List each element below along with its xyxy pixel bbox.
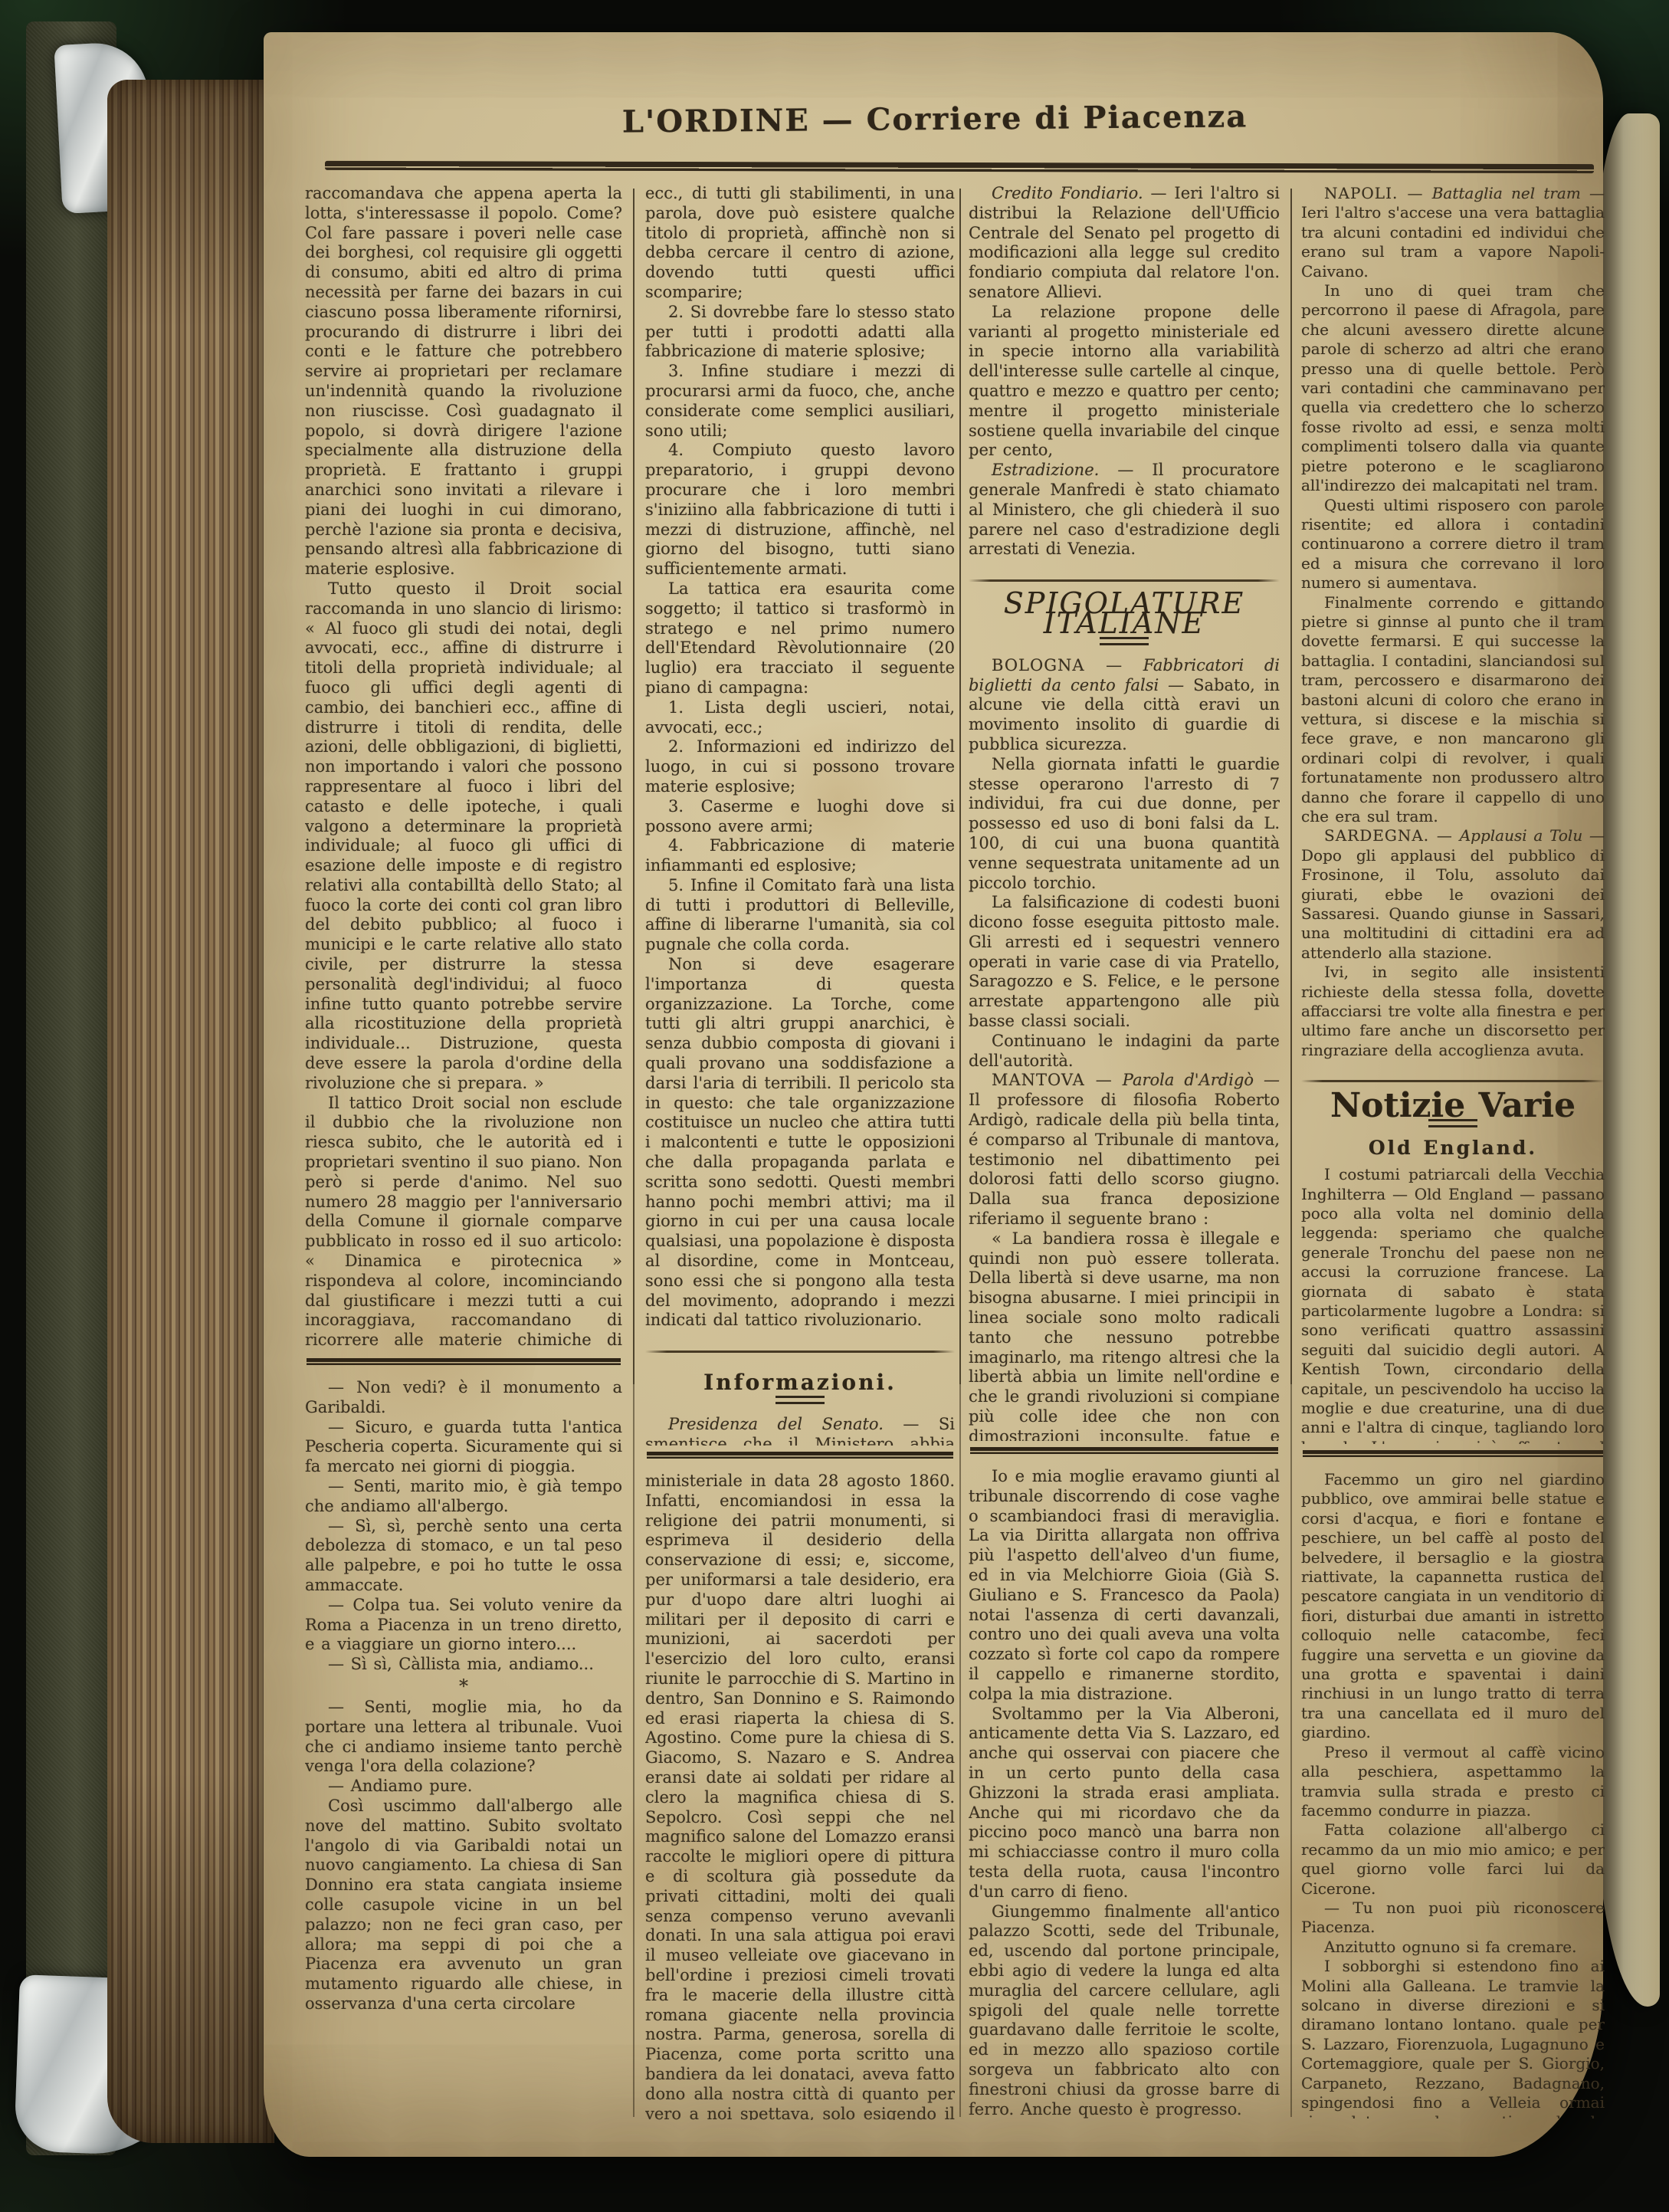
feuilleton-paragraph: — Andiamo pure. <box>305 1777 622 1797</box>
article-paragraph: Tutto questo il Droit social raccomanda … <box>305 579 622 1094</box>
column-separator <box>633 189 634 2117</box>
article-paragraph: La tattica era esaurita come soggetto; i… <box>645 579 955 698</box>
heading-dash-ornament <box>775 1396 825 1404</box>
article-paragraph: raccomandava che appena aperta la lotta,… <box>305 184 622 579</box>
article-paragraph: NAPOLI. — Battaglia nel tram — Ieri l'al… <box>1301 184 1605 281</box>
article-paragraph: Ivi, in segito alle insistenti richieste… <box>1301 963 1605 1060</box>
feuilleton-paragraph: — Senti, marito mio, è già tempo che and… <box>305 1477 622 1517</box>
column-separator <box>1290 189 1292 2117</box>
section-rule <box>969 579 1280 582</box>
feuilleton-paragraph: I sobborghi si estendono fino ai Molini … <box>1301 1957 1605 2118</box>
feuilleton-paragraph: Svoltammo per la Via Alberoni, anticamen… <box>969 1705 1280 1902</box>
section-heading-notizie-varie: Notizie Varie <box>1301 1096 1605 1115</box>
section-rule <box>645 1351 955 1353</box>
feuilleton-paragraph: — Tu non puoi più riconoscere Piacenza. <box>1301 1899 1605 1938</box>
article-paragraph: Estradizione. — Il procuratore generale … <box>969 461 1280 560</box>
article-paragraph: Finalmente correndo e gittando pietre si… <box>1301 593 1605 827</box>
feuilleton-paragraph: Giungemmo finalmente all'antico palazzo … <box>969 1902 1280 2118</box>
article-paragraph: Credito Fondiario. — Ieri l'altro si dis… <box>969 184 1280 303</box>
article-paragraph: 2. Si dovrebbe fare lo stesso stato per … <box>645 303 955 362</box>
feuilleton-paragraph: Io e mia moglie eravamo giunti al tribun… <box>969 1467 1280 1705</box>
subsection-heading-old-england: Old England. <box>1301 1138 1605 1157</box>
feuilleton-paragraph: Fatta colazione all'albergo ci recammo d… <box>1301 1820 1605 1899</box>
article-paragraph: I costumi patriarcali della Vecchia Ingh… <box>1301 1165 1605 1444</box>
feuilleton-paragraph: — Colpa tua. Sei voluto venire da Roma a… <box>305 1596 622 1655</box>
feuilleton-paragraph: Anzitutto ognuno si fa cremare. <box>1301 1938 1605 1957</box>
column-separator <box>959 189 961 2117</box>
article-paragraph: Questi ultimi risposero con parole risen… <box>1301 496 1605 593</box>
feuilleton-paragraph: — Non vedi? è il monumento a Garibaldi. <box>305 1378 622 1418</box>
article-paragraph: 1. Lista degli uscieri, notai, avvocati,… <box>645 698 955 738</box>
article-paragraph: BOLOGNA — Fabbricatori di biglietti da c… <box>969 656 1280 755</box>
column-3: Credito Fondiario. — Ieri l'altro si dis… <box>969 184 1280 2118</box>
article-paragraph: ecc., di tutti gli stabilimenti, in una … <box>645 184 955 303</box>
article-paragraph: 3. Infine studiare i mezzi di procurarsi… <box>645 362 955 441</box>
column-3-main: Credito Fondiario. — Ieri l'altro si dis… <box>969 184 1280 1441</box>
article-paragraph: Non si deve esagerare l'importanza di qu… <box>645 955 955 1331</box>
article-paragraph: 4. Compiuto questo lavoro preparatorio, … <box>645 441 955 579</box>
feuilleton-divider-rule <box>647 1452 953 1459</box>
feuilleton-paragraph: — Sì, sì, perchè sento una certa debolez… <box>305 1517 622 1596</box>
article-paragraph: 5. Infine il Comitato farà una lista di … <box>645 876 955 955</box>
feuilleton-paragraph: ministeriale in data 28 agosto 1860. Inf… <box>645 1472 955 2120</box>
section-heading-spigolature: SPIGOLATURE ITALIANE <box>969 594 1280 634</box>
article-paragraph: SARDEGNA. — Applausi a Tolu — Dopo gli a… <box>1301 826 1605 963</box>
feuilleton-divider-rule <box>970 1447 1278 1455</box>
article-paragraph: Nella giornata infatti le guardie stesse… <box>969 755 1280 894</box>
article-paragraph: Il tattico Droit social non esclude il d… <box>305 1094 622 1352</box>
article-paragraph: Continuano le indagini da parte dell'aut… <box>969 1032 1280 1072</box>
article-paragraph: 4. Fabbricazione di materie infiammanti … <box>645 836 955 876</box>
feuilleton-paragraph: Preso il vermout al caffè vicino alla pe… <box>1301 1743 1605 1821</box>
article-paragraph: Presidenza del Senato. — Si smentisce ch… <box>645 1415 955 1446</box>
feuilleton-paragraph: — Sì sì, Càllista mia, andiamo... <box>305 1655 622 1675</box>
article-paragraph: 2. Informazioni ed indirizzo del luogo, … <box>645 737 955 796</box>
section-star-divider: * <box>305 1678 622 1695</box>
feuilleton-paragraph: Così uscimmo dall'albergo alle nove del … <box>305 1797 622 2014</box>
feuilleton-paragraph: — Sicuro, e guarda tutta l'antica Pesche… <box>305 1418 622 1477</box>
feuilleton-paragraph: Facemmo un giro nel giardino pubblico, o… <box>1301 1470 1605 1743</box>
column-4-feuilleton: Facemmo un giro nel giardino pubblico, o… <box>1301 1470 1605 2118</box>
article-paragraph: « La bandiera rossa è illegale e quindi … <box>969 1229 1280 1441</box>
column-2-feuilleton: ministeriale in data 28 agosto 1860. Inf… <box>645 1472 955 2120</box>
column-3-feuilleton: Io e mia moglie eravamo giunti al tribun… <box>969 1467 1280 2118</box>
column-4: NAPOLI. — Battaglia nel tram — Ieri l'al… <box>1301 184 1605 2118</box>
column-4-main: NAPOLI. — Battaglia nel tram — Ieri l'al… <box>1301 184 1605 1444</box>
column-1-main: raccomandava che appena aperta la lotta,… <box>305 184 622 1352</box>
column-1: raccomandava che appena aperta la lotta,… <box>305 184 622 2117</box>
article-paragraph: 3. Caserme e luoghi dove si possono aver… <box>645 797 955 837</box>
feuilleton-divider-rule <box>307 1358 621 1366</box>
article-paragraph: MANTOVA — Parola d'Ardigò — Il professor… <box>969 1071 1280 1229</box>
column-2: ecc., di tutti gli stabilimenti, in una … <box>645 184 955 2120</box>
article-paragraph: In uno di quei tram che percorrono il pa… <box>1301 281 1605 495</box>
book-cover-cloth <box>26 21 116 2155</box>
feuilleton-divider-rule <box>1303 1450 1603 1458</box>
column-2-main: ecc., di tutti gli stabilimenti, in una … <box>645 184 955 1446</box>
article-paragraph: La falsificazione di codesti buoni dicon… <box>969 893 1280 1032</box>
section-rule <box>1301 1080 1605 1082</box>
feuilleton-paragraph: — Senti, moglie mia, ho da portare una l… <box>305 1698 622 1777</box>
article-paragraph: La relazione propone delle varianti al p… <box>969 303 1280 461</box>
page-fore-edges <box>107 80 274 2143</box>
section-heading-informazioni: Informazioni. <box>645 1373 955 1393</box>
column-1-feuilleton: — Non vedi? è il monumento a Garibaldi. … <box>305 1378 622 2117</box>
